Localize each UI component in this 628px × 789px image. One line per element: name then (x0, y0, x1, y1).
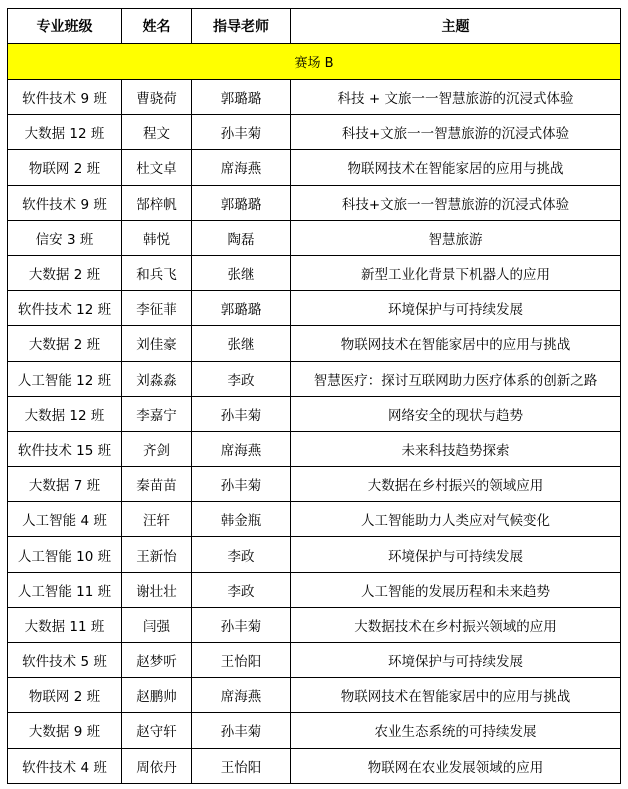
cell-student-name: 郜梓帆 (122, 185, 192, 220)
cell-class: 人工智能 11 班 (8, 572, 122, 607)
cell-class: 软件技术 9 班 (8, 80, 122, 115)
cell-class: 大数据 12 班 (8, 115, 122, 150)
cell-advisor: 陶磊 (192, 220, 291, 255)
cell-topic: 物联网技术在智能家居中的应用与挑战 (291, 326, 621, 361)
table-row: 人工智能 11 班谢壮壮李政人工智能的发展历程和未来趋势 (8, 572, 621, 607)
cell-advisor: 张继 (192, 326, 291, 361)
cell-advisor: 席海燕 (192, 678, 291, 713)
cell-class: 人工智能 12 班 (8, 361, 122, 396)
cell-advisor: 郭璐璐 (192, 291, 291, 326)
cell-student-name: 赵鹏帅 (122, 678, 192, 713)
cell-student-name: 王新怡 (122, 537, 192, 572)
cell-advisor: 李政 (192, 537, 291, 572)
cell-class: 大数据 12 班 (8, 396, 122, 431)
header-advisor: 指导老师 (192, 9, 291, 44)
cell-topic: 环境保护与可持续发展 (291, 291, 621, 326)
cell-student-name: 汪轩 (122, 502, 192, 537)
cell-class: 大数据 11 班 (8, 607, 122, 642)
table-row: 人工智能 4 班汪轩韩金瓶人工智能助力人类应对气候变化 (8, 502, 621, 537)
table-row: 人工智能 10 班王新怡李政环境保护与可持续发展 (8, 537, 621, 572)
cell-advisor: 李政 (192, 572, 291, 607)
cell-advisor: 孙丰菊 (192, 607, 291, 642)
cell-class: 信安 3 班 (8, 220, 122, 255)
cell-class: 软件技术 9 班 (8, 185, 122, 220)
cell-student-name: 李嘉宁 (122, 396, 192, 431)
cell-student-name: 刘淼淼 (122, 361, 192, 396)
cell-advisor: 韩金瓶 (192, 502, 291, 537)
cell-class: 软件技术 15 班 (8, 431, 122, 466)
cell-student-name: 程文 (122, 115, 192, 150)
cell-advisor: 席海燕 (192, 431, 291, 466)
cell-student-name: 赵守轩 (122, 713, 192, 748)
cell-class: 物联网 2 班 (8, 678, 122, 713)
cell-topic: 人工智能助力人类应对气候变化 (291, 502, 621, 537)
cell-topic: 新型工业化背景下机器人的应用 (291, 255, 621, 290)
cell-topic: 人工智能的发展历程和未来趋势 (291, 572, 621, 607)
section-row: 赛场 B (8, 44, 621, 80)
table-row: 人工智能 12 班刘淼淼李政智慧医疗：探讨互联网助力医疗体系的创新之路 (8, 361, 621, 396)
table-row: 大数据 11 班闫强孙丰菊大数据技术在乡村振兴领域的应用 (8, 607, 621, 642)
cell-class: 大数据 2 班 (8, 326, 122, 361)
cell-class: 软件技术 12 班 (8, 291, 122, 326)
cell-topic: 大数据在乡村振兴的领域应用 (291, 467, 621, 502)
table-row: 大数据 2 班和兵飞张继新型工业化背景下机器人的应用 (8, 255, 621, 290)
cell-topic: 农业生态系统的可持续发展 (291, 713, 621, 748)
table-row: 大数据 9 班赵守轩孙丰菊农业生态系统的可持续发展 (8, 713, 621, 748)
header-name: 姓名 (122, 9, 192, 44)
cell-advisor: 孙丰菊 (192, 713, 291, 748)
cell-topic: 科技+文旅一一智慧旅游的沉浸式体验 (291, 115, 621, 150)
cell-advisor: 王怡阳 (192, 748, 291, 783)
table-row: 物联网 2 班赵鹏帅席海燕物联网技术在智能家居中的应用与挑战 (8, 678, 621, 713)
table-row: 物联网 2 班杜文卓席海燕物联网技术在智能家居的应用与挑战 (8, 150, 621, 185)
cell-class: 软件技术 5 班 (8, 643, 122, 678)
cell-class: 大数据 7 班 (8, 467, 122, 502)
cell-student-name: 韩悦 (122, 220, 192, 255)
cell-student-name: 谢壮壮 (122, 572, 192, 607)
cell-topic: 物联网在农业发展领域的应用 (291, 748, 621, 783)
cell-student-name: 秦苗苗 (122, 467, 192, 502)
cell-student-name: 赵梦听 (122, 643, 192, 678)
cell-class: 大数据 9 班 (8, 713, 122, 748)
cell-advisor: 李政 (192, 361, 291, 396)
cell-student-name: 刘佳豪 (122, 326, 192, 361)
table-row: 大数据 12 班李嘉宁孙丰菊网络安全的现状与趋势 (8, 396, 621, 431)
header-class: 专业班级 (8, 9, 122, 44)
cell-class: 软件技术 4 班 (8, 748, 122, 783)
cell-advisor: 孙丰菊 (192, 396, 291, 431)
table-row: 大数据 2 班刘佳豪张继物联网技术在智能家居中的应用与挑战 (8, 326, 621, 361)
table-row: 大数据 12 班程文孙丰菊科技+文旅一一智慧旅游的沉浸式体验 (8, 115, 621, 150)
cell-topic: 智慧医疗：探讨互联网助力医疗体系的创新之路 (291, 361, 621, 396)
cell-student-name: 李征菲 (122, 291, 192, 326)
cell-advisor: 王怡阳 (192, 643, 291, 678)
table-row: 大数据 7 班秦苗苗孙丰菊大数据在乡村振兴的领域应用 (8, 467, 621, 502)
table-row: 软件技术 9 班郜梓帆郭璐璐科技+文旅一一智慧旅游的沉浸式体验 (8, 185, 621, 220)
schedule-table: 专业班级 姓名 指导老师 主题 赛场 B 软件技术 9 班曹骁荷郭璐璐科技 + … (7, 8, 621, 784)
cell-class: 物联网 2 班 (8, 150, 122, 185)
header-topic: 主题 (291, 9, 621, 44)
cell-student-name: 和兵飞 (122, 255, 192, 290)
cell-advisor: 席海燕 (192, 150, 291, 185)
cell-topic: 未来科技趋势探索 (291, 431, 621, 466)
cell-class: 人工智能 10 班 (8, 537, 122, 572)
cell-topic: 环境保护与可持续发展 (291, 643, 621, 678)
cell-topic: 大数据技术在乡村振兴领域的应用 (291, 607, 621, 642)
cell-topic: 物联网技术在智能家居的应用与挑战 (291, 150, 621, 185)
cell-student-name: 周依丹 (122, 748, 192, 783)
table-row: 软件技术 9 班曹骁荷郭璐璐科技 + 文旅一一智慧旅游的沉浸式体验 (8, 80, 621, 115)
table-row: 软件技术 12 班李征菲郭璐璐环境保护与可持续发展 (8, 291, 621, 326)
cell-advisor: 郭璐璐 (192, 80, 291, 115)
header-row: 专业班级 姓名 指导老师 主题 (8, 9, 621, 44)
cell-student-name: 曹骁荷 (122, 80, 192, 115)
table-row: 软件技术 15 班齐剑席海燕未来科技趋势探索 (8, 431, 621, 466)
cell-topic: 科技 + 文旅一一智慧旅游的沉浸式体验 (291, 80, 621, 115)
cell-topic: 网络安全的现状与趋势 (291, 396, 621, 431)
cell-advisor: 郭璐璐 (192, 185, 291, 220)
cell-class: 人工智能 4 班 (8, 502, 122, 537)
cell-advisor: 孙丰菊 (192, 115, 291, 150)
cell-class: 大数据 2 班 (8, 255, 122, 290)
cell-topic: 环境保护与可持续发展 (291, 537, 621, 572)
cell-topic: 物联网技术在智能家居中的应用与挑战 (291, 678, 621, 713)
table-row: 软件技术 5 班赵梦听王怡阳环境保护与可持续发展 (8, 643, 621, 678)
cell-advisor: 张继 (192, 255, 291, 290)
cell-student-name: 杜文卓 (122, 150, 192, 185)
cell-topic: 科技+文旅一一智慧旅游的沉浸式体验 (291, 185, 621, 220)
cell-topic: 智慧旅游 (291, 220, 621, 255)
cell-student-name: 齐剑 (122, 431, 192, 466)
table-row: 软件技术 4 班周依丹王怡阳物联网在农业发展领域的应用 (8, 748, 621, 783)
table-row: 信安 3 班韩悦陶磊智慧旅游 (8, 220, 621, 255)
section-label: 赛场 B (8, 44, 621, 80)
cell-student-name: 闫强 (122, 607, 192, 642)
cell-advisor: 孙丰菊 (192, 467, 291, 502)
